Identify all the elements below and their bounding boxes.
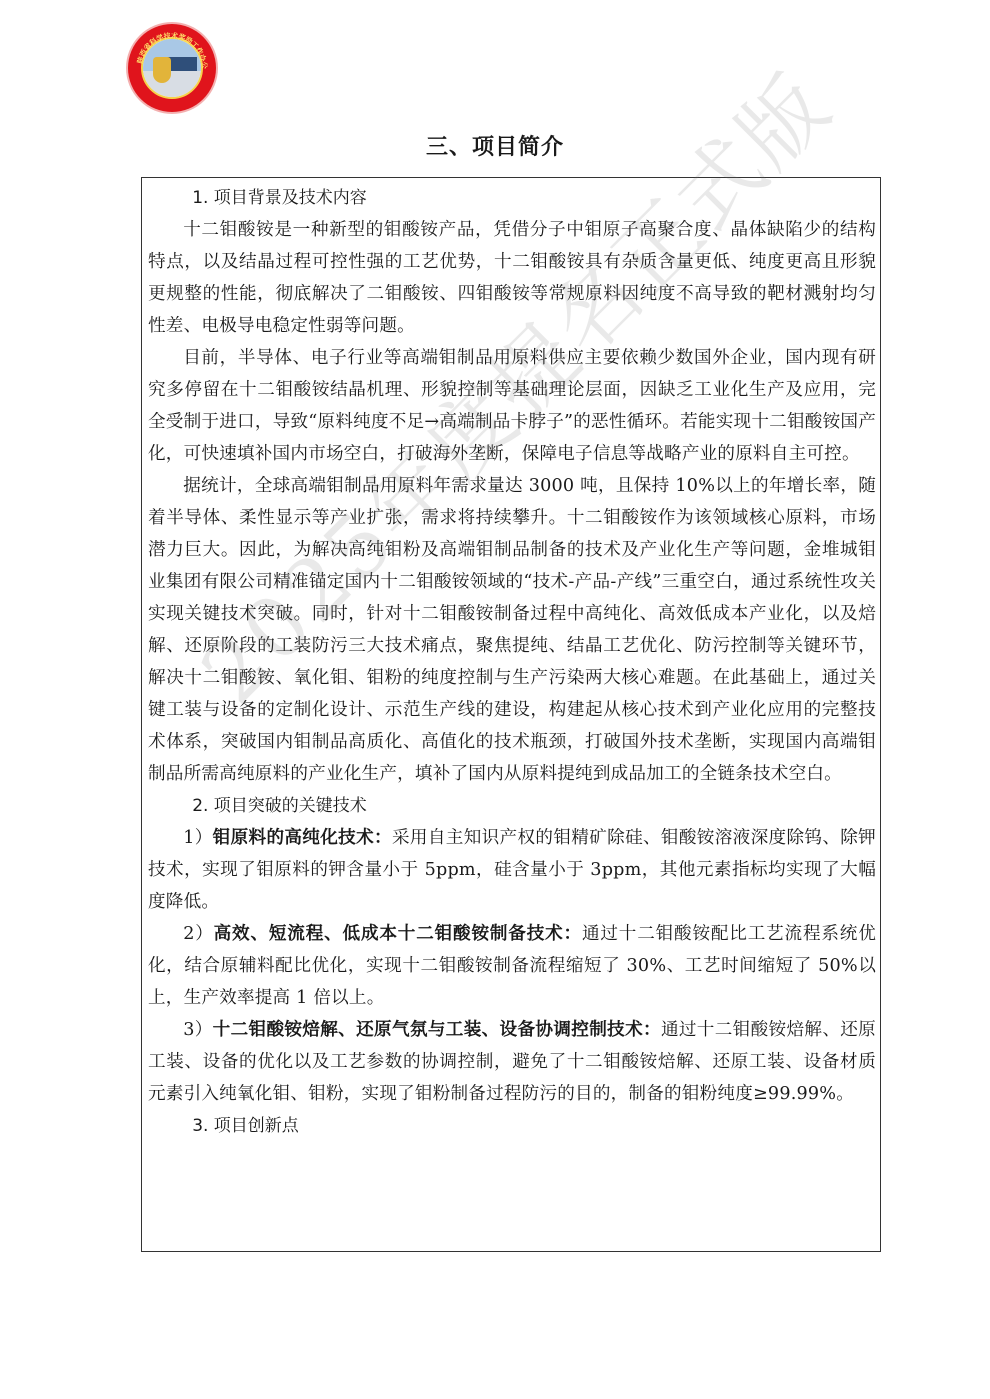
item-title: 高效、短流程、低成本十二钼酸铵制备技术： [214, 924, 582, 944]
section-heading-key-tech: 2. 项目突破的关键技术 [148, 790, 876, 822]
svg-text:陕西省科学技术奖励工作办公室: 陕西省科学技术奖励工作办公室 [128, 24, 209, 70]
key-tech-item: 3）十二钼酸铵焙解、还原气氛与工装、设备协调控制技术：通过十二钼酸铵焙解、还原工… [148, 1014, 876, 1110]
item-number: 2） [183, 924, 213, 944]
item-title: 十二钼酸铵焙解、还原气氛与工装、设备协调控制技术： [213, 1020, 661, 1040]
project-summary-box: 1. 项目背景及技术内容 十二钼酸铵是一种新型的钼酸铵产品，凭借分子中钼原子高聚… [141, 177, 881, 1252]
section-heading-innovation: 3. 项目创新点 [148, 1110, 876, 1142]
section-heading-background: 1. 项目背景及技术内容 [148, 182, 876, 214]
key-tech-item: 1）钼原料的高纯化技术：采用自主知识产权的钼精矿除硅、钼酸铵溶液深度除钨、除钾技… [148, 822, 876, 918]
seal-ring-text: 陕西省科学技术奖励工作办公室 [128, 24, 216, 112]
paragraph: 十二钼酸铵是一种新型的钼酸铵产品，凭借分子中钼原子高聚合度、晶体缺陷少的结构特点… [148, 214, 876, 342]
item-number: 3） [183, 1020, 212, 1040]
item-number: 1） [183, 828, 212, 848]
paragraph: 据统计，全球高端钼制品用原料年需求量达 3000 吨，且保持 10%以上的年增长… [148, 470, 876, 790]
organization-seal-logo: 陕西省科学技术奖励工作办公室 [128, 24, 216, 112]
page-title: 三、项目简介 [0, 130, 990, 161]
paragraph: 目前，半导体、电子行业等高端钼制品用原料供应主要依赖少数国外企业，国内现有研究多… [148, 342, 876, 470]
item-title: 钼原料的高纯化技术： [213, 828, 392, 848]
key-tech-item: 2）高效、短流程、低成本十二钼酸铵制备技术：通过十二钼酸铵配比工艺流程系统优化，… [148, 918, 876, 1014]
